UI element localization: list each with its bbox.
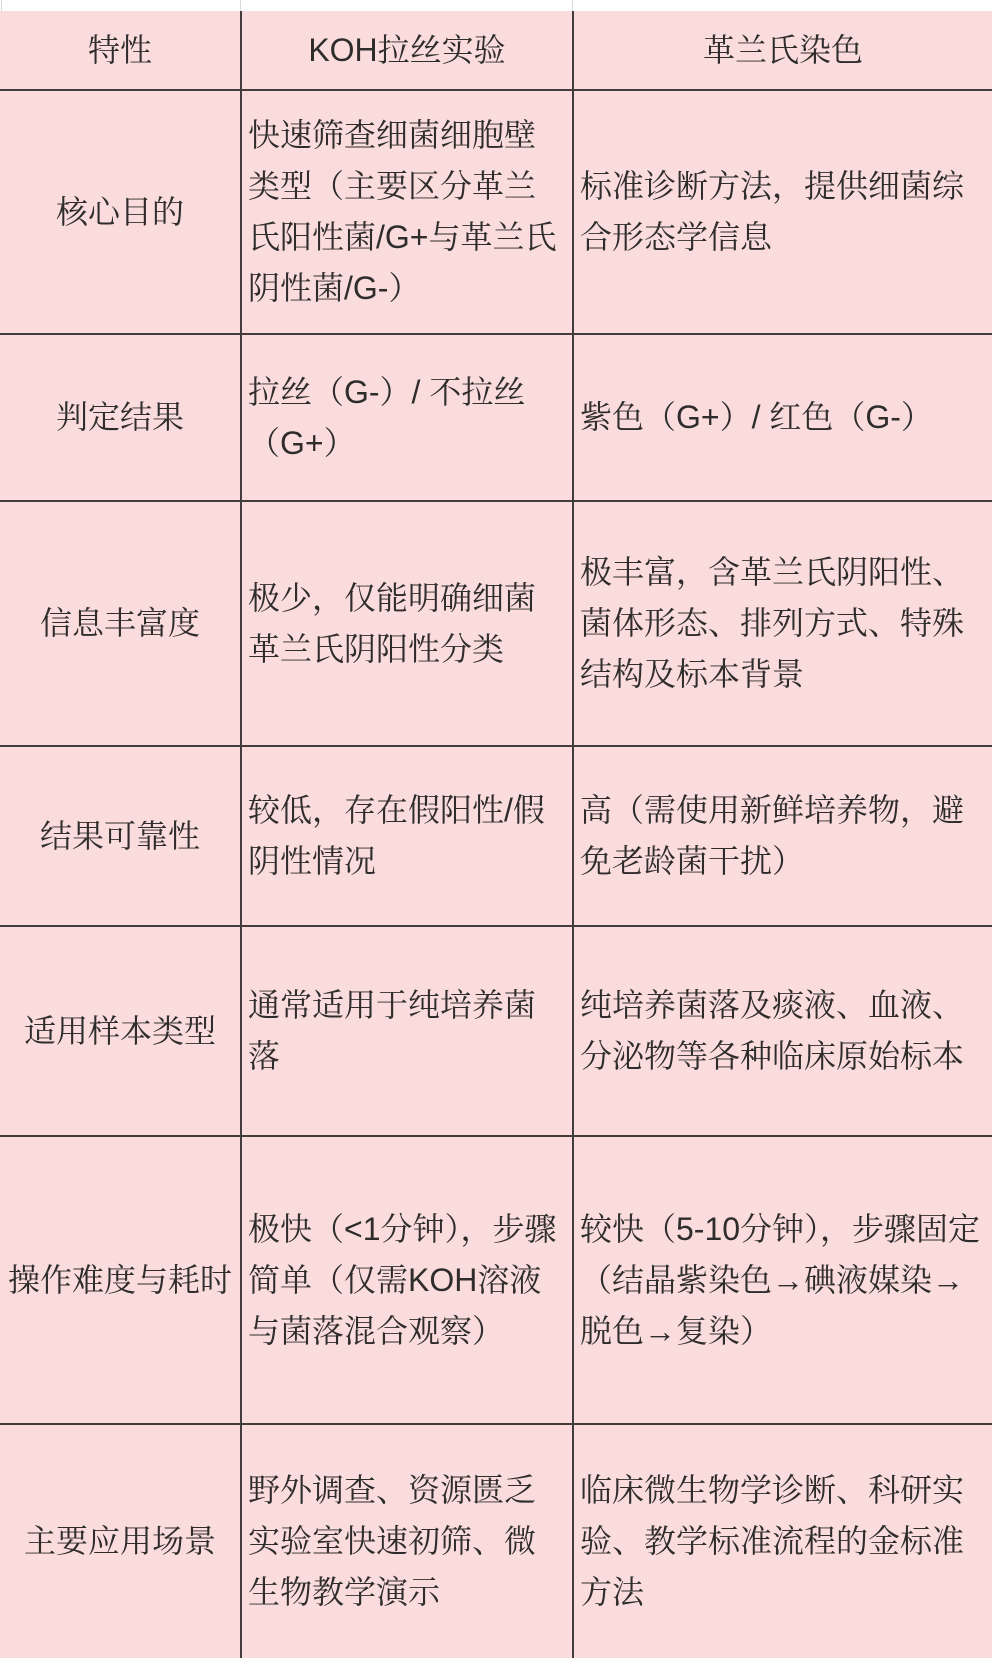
feature-label: 核心目的 [56,187,184,238]
koh-value: 快速筛查细菌细胞壁类型（主要区分革兰氏阳性菌/G+与革兰氏阴性菌/G-） [248,110,566,314]
feature-cell: 信息丰富度 [0,502,240,745]
table-row-core-purpose: 核心目的 快速筛查细菌细胞壁类型（主要区分革兰氏阳性菌/G+与革兰氏阴性菌/G-… [0,89,992,333]
gram-cell: 紫色（G+）/ 红色（G-） [572,335,992,500]
table-row-result-判定: 判定结果 拉丝（G-）/ 不拉丝（G+） 紫色（G+）/ 红色（G-） [0,333,992,500]
koh-value: 极快（<1分钟），步骤简单（仅需KOH溶液与菌落混合观察） [248,1204,566,1357]
table-row-reliability: 结果可靠性 较低，存在假阳性/假阴性情况 高（需使用新鲜培养物，避免老龄菌干扰） [0,745,992,925]
comparison-table: 特性 KOH拉丝实验 革兰氏染色 核心目的 快速筛查细菌细胞壁类型（主要区分革兰… [0,11,992,1658]
gram-cell: 标准诊断方法，提供细菌综合形态学信息 [572,91,992,333]
feature-cell: 适用样本类型 [0,927,240,1135]
table-row-sample-type: 适用样本类型 通常适用于纯培养菌落 纯培养菌落及痰液、血液、分泌物等各种临床原始… [0,925,992,1135]
faint-column2-line [572,0,573,11]
header-feature: 特性 [0,11,240,89]
feature-label: 判定结果 [56,392,184,443]
gram-value: 纯培养菌落及痰液、血液、分泌物等各种临床原始标本 [580,980,986,1082]
feature-cell: 判定结果 [0,335,240,500]
table-header-row: 特性 KOH拉丝实验 革兰氏染色 [0,11,992,89]
gram-cell: 临床微生物学诊断、科研实验、教学标准流程的金标准方法 [572,1425,992,1658]
koh-value: 较低，存在假阳性/假阴性情况 [248,785,566,887]
koh-cell: 拉丝（G-）/ 不拉丝（G+） [240,335,572,500]
koh-value: 拉丝（G-）/ 不拉丝（G+） [248,367,566,469]
page: 特性 KOH拉丝实验 革兰氏染色 核心目的 快速筛查细菌细胞壁类型（主要区分革兰… [0,0,992,1664]
gram-value: 标准诊断方法，提供细菌综合形态学信息 [580,161,986,263]
header-koh-test: KOH拉丝实验 [240,11,572,89]
gram-cell: 较快（5-10分钟），步骤固定（结晶紫染色→碘液媒染→脱色→复染） [572,1137,992,1423]
feature-label: 信息丰富度 [40,598,200,649]
gram-cell: 纯培养菌落及痰液、血液、分泌物等各种临床原始标本 [572,927,992,1135]
table-row-application-scenario: 主要应用场景 野外调查、资源匮乏实验室快速初筛、微生物教学演示 临床微生物学诊断… [0,1423,992,1658]
koh-cell: 极快（<1分钟），步骤简单（仅需KOH溶液与菌落混合观察） [240,1137,572,1423]
feature-label: 适用样本类型 [24,1006,216,1057]
header-gram-stain: 革兰氏染色 [572,11,992,89]
table-row-difficulty-time: 操作难度与耗时 极快（<1分钟），步骤简单（仅需KOH溶液与菌落混合观察） 较快… [0,1135,992,1423]
feature-cell: 核心目的 [0,91,240,333]
faint-column1-line [240,0,241,11]
gram-value: 临床微生物学诊断、科研实验、教学标准流程的金标准方法 [580,1465,986,1618]
header-gram-stain-label: 革兰氏染色 [703,25,863,76]
feature-cell: 主要应用场景 [0,1425,240,1658]
faint-left-line [1,0,2,11]
koh-cell: 野外调查、资源匮乏实验室快速初筛、微生物教学演示 [240,1425,572,1658]
gram-value: 高（需使用新鲜培养物，避免老龄菌干扰） [580,785,986,887]
gram-value: 极丰富，含革兰氏阴阳性、菌体形态、排列方式、特殊结构及标本背景 [580,547,986,700]
gram-cell: 高（需使用新鲜培养物，避免老龄菌干扰） [572,747,992,925]
gram-cell: 极丰富，含革兰氏阴阳性、菌体形态、排列方式、特殊结构及标本背景 [572,502,992,745]
gram-value: 紫色（G+）/ 红色（G-） [580,392,933,443]
feature-label: 结果可靠性 [40,811,200,862]
header-feature-label: 特性 [88,25,152,76]
koh-value: 野外调查、资源匮乏实验室快速初筛、微生物教学演示 [248,1465,566,1618]
koh-value: 极少，仅能明确细菌革兰氏阴阳性分类 [248,573,566,675]
koh-value: 通常适用于纯培养菌落 [248,980,566,1082]
table-row-information-richness: 信息丰富度 极少，仅能明确细菌革兰氏阴阳性分类 极丰富，含革兰氏阴阳性、菌体形态… [0,500,992,745]
gram-value: 较快（5-10分钟），步骤固定（结晶紫染色→碘液媒染→脱色→复染） [580,1204,986,1357]
koh-cell: 极少，仅能明确细菌革兰氏阴阳性分类 [240,502,572,745]
feature-label: 操作难度与耗时 [8,1255,232,1306]
header-koh-test-label: KOH拉丝实验 [308,25,505,76]
feature-cell: 结果可靠性 [0,747,240,925]
koh-cell: 较低，存在假阳性/假阴性情况 [240,747,572,925]
koh-cell: 快速筛查细菌细胞壁类型（主要区分革兰氏阳性菌/G+与革兰氏阴性菌/G-） [240,91,572,333]
koh-cell: 通常适用于纯培养菌落 [240,927,572,1135]
top-margin-strip [0,0,992,11]
feature-label: 主要应用场景 [24,1516,216,1567]
feature-cell: 操作难度与耗时 [0,1137,240,1423]
